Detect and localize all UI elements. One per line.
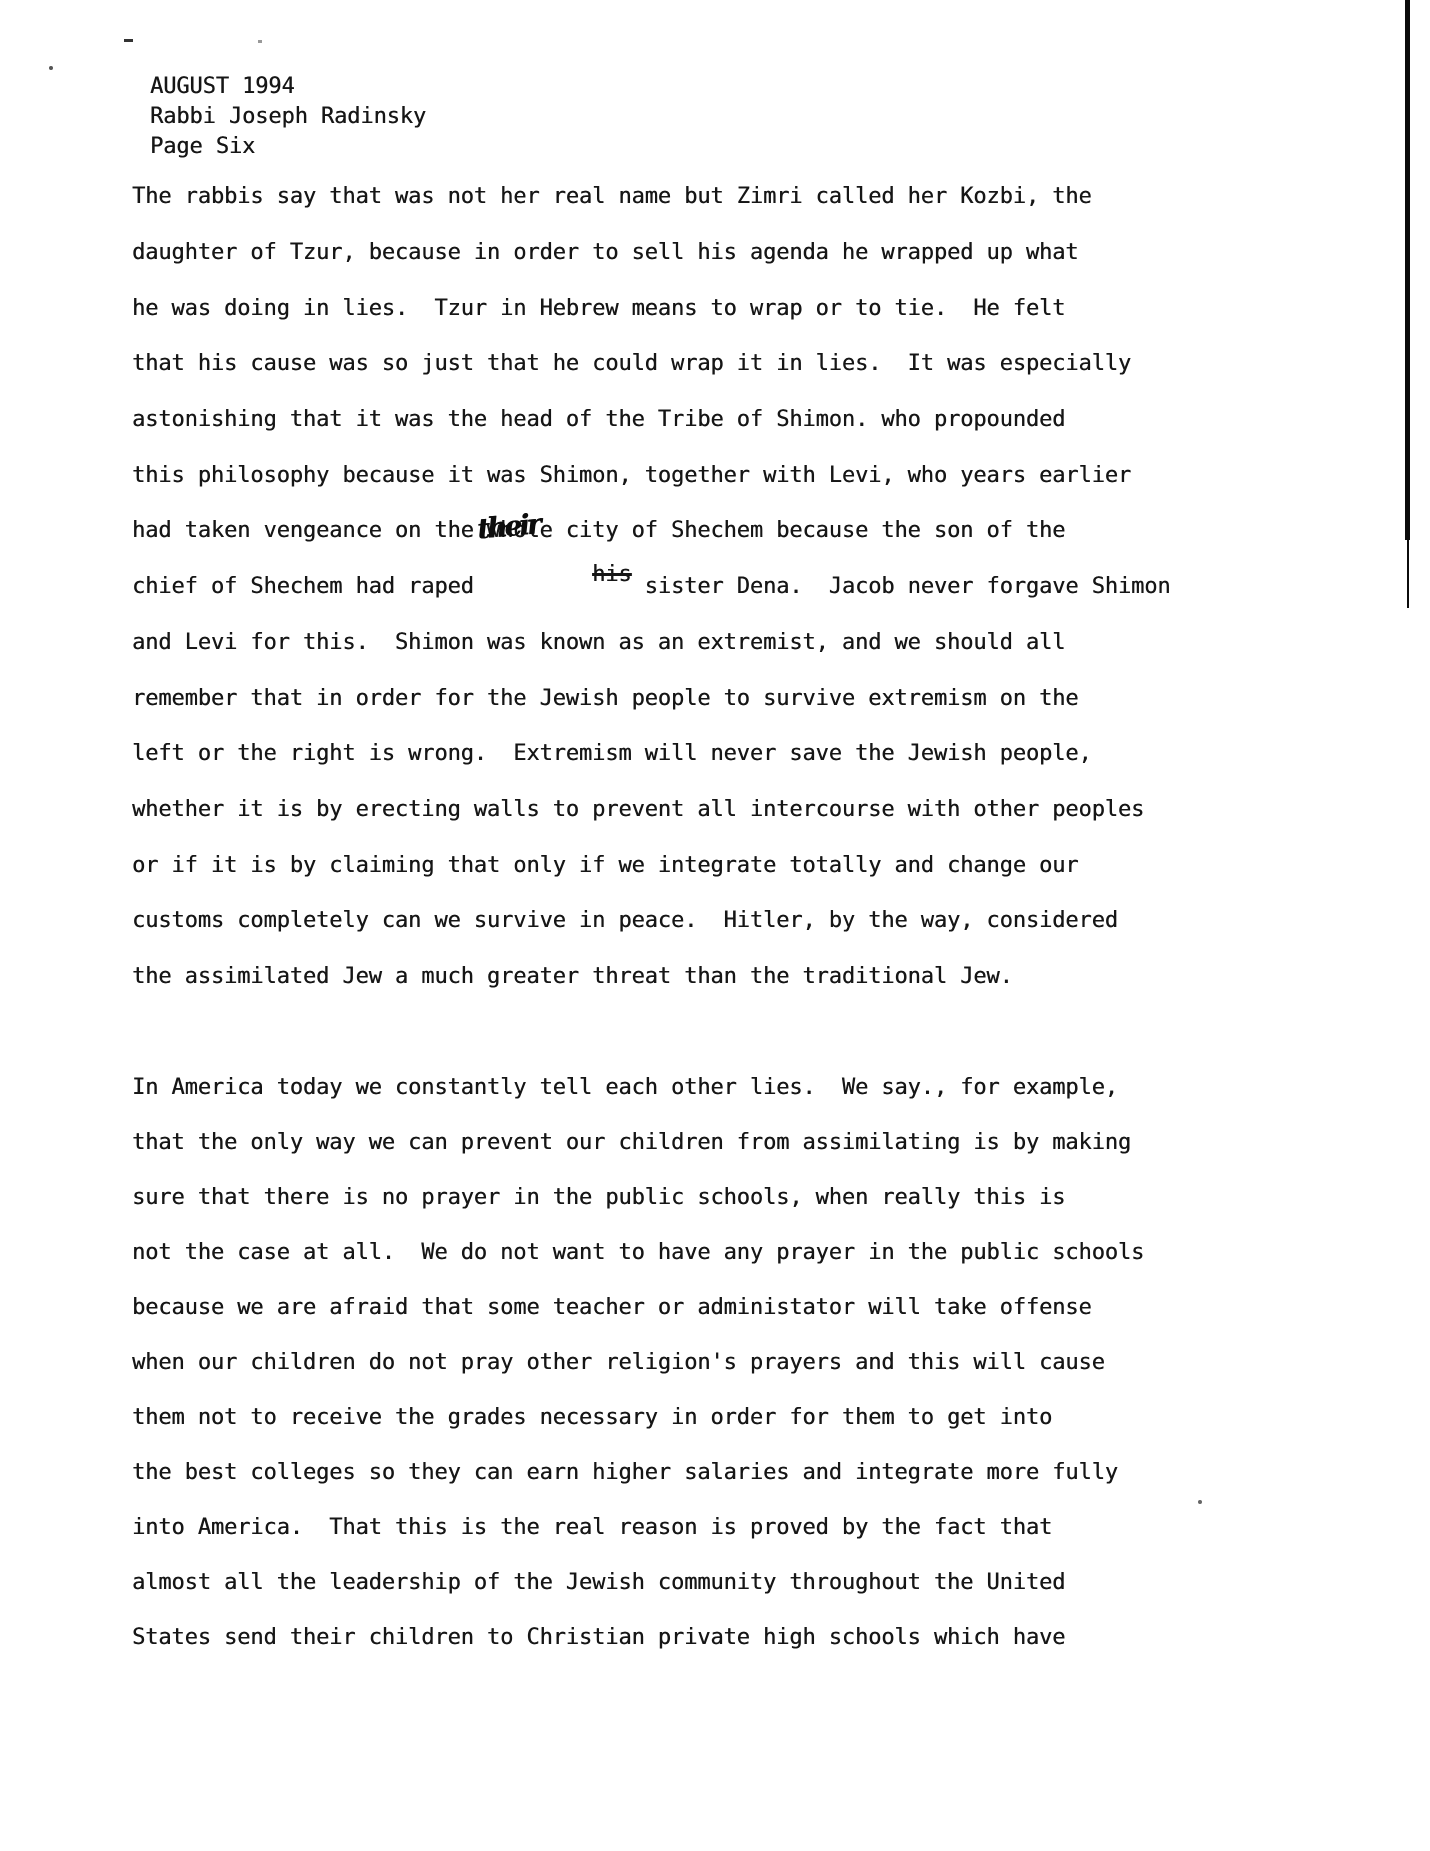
text-line: almost all the leadership of the Jewish … [132, 1555, 1144, 1610]
text-line: that his cause was so just that he could… [132, 336, 1170, 392]
struck-word: his [590, 562, 633, 587]
struck-word-wrap: his their [487, 537, 632, 637]
text-line: had taken vengeance on the whole city of… [132, 503, 1170, 559]
text-line: whether it is by erecting walls to preve… [132, 782, 1170, 838]
text-line: them not to receive the grades necessary… [132, 1390, 1144, 1445]
text-line: remember that in order for the Jewish pe… [132, 670, 1170, 726]
line-segment-after: sister Dena. Jacob never forgave Shimon [632, 574, 1171, 599]
scan-speck [258, 40, 262, 43]
text-line: that the only way we can prevent our chi… [132, 1115, 1144, 1170]
paragraph-2-lines: In America today we constantly tell each… [132, 1060, 1144, 1665]
text-line: The rabbis say that was not her real nam… [132, 169, 1170, 225]
paragraph-2: In America today we constantly tell each… [132, 1060, 1144, 1665]
header-date: AUGUST 1994 [150, 71, 426, 101]
text-line: daughter of Tzur, because in order to se… [132, 225, 1170, 281]
text-line: astonishing that it was the head of the … [132, 392, 1170, 448]
header-author: Rabbi Joseph Radinsky [150, 101, 426, 131]
scan-speck [1198, 1500, 1202, 1504]
text-line: In America today we constantly tell each… [132, 1060, 1144, 1115]
text-line: into America. That this is the real reas… [132, 1500, 1144, 1555]
text-line: left or the right is wrong. Extremism wi… [132, 726, 1170, 782]
scan-edge-line-artifact [1405, 0, 1410, 540]
text-line: this philosophy because it was Shimon, t… [132, 447, 1170, 503]
text-line: States send their children to Christian … [132, 1610, 1144, 1665]
text-line: or if it is by claiming that only if we … [132, 837, 1170, 893]
scan-speck [124, 39, 133, 42]
text-line: customs completely can we survive in pea… [132, 893, 1170, 949]
header-page-number: Page Six [150, 131, 426, 161]
paragraph-1-top-lines: The rabbis say that was not her real nam… [132, 169, 1170, 559]
text-line: when our children do not pray other reli… [132, 1335, 1144, 1390]
text-line: the assimilated Jew a much greater threa… [132, 949, 1170, 1005]
scanned-document-page: AUGUST 1994 Rabbi Joseph Radinsky Page S… [0, 0, 1430, 1851]
text-line: he was doing in lies. Tzur in Hebrew mea… [132, 280, 1170, 336]
document-header: AUGUST 1994 Rabbi Joseph Radinsky Page S… [150, 71, 426, 161]
text-line: not the case at all. We do not want to h… [132, 1225, 1144, 1280]
text-line: and Levi for this. Shimon was known as a… [132, 615, 1170, 671]
paragraph-1: The rabbis say that was not her real nam… [132, 169, 1170, 1004]
handwritten-correction: their [476, 507, 540, 545]
text-line: because we are afraid that some teacher … [132, 1280, 1144, 1335]
text-line: the best colleges so they can earn highe… [132, 1445, 1144, 1500]
line-segment-before: chief of Shechem had raped [132, 574, 487, 599]
scan-edge-line-tail [1407, 540, 1409, 608]
corrected-text-line: chief of Shechem had raped his their sis… [132, 559, 1170, 615]
scan-speck [49, 66, 53, 70]
paragraph-1-bottom-lines: and Levi for this. Shimon was known as a… [132, 615, 1170, 1005]
text-line: sure that there is no prayer in the publ… [132, 1170, 1144, 1225]
